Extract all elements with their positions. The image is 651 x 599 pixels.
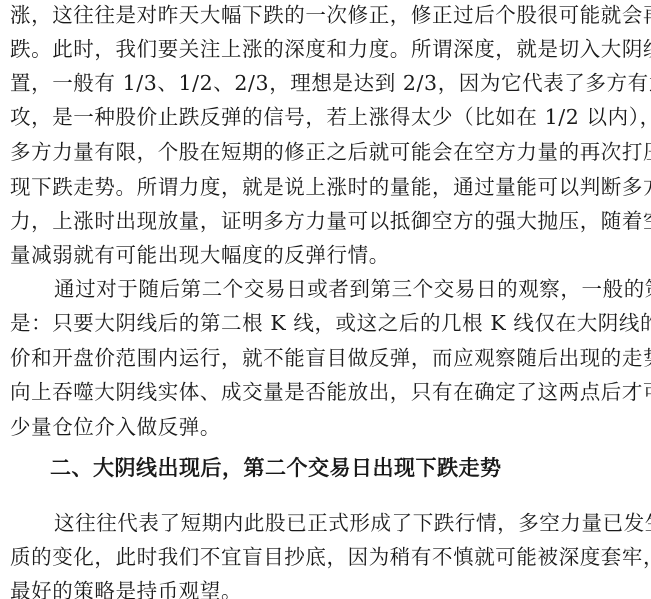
- section-heading: 二、大阴线出现后，第二个交易日出现下跌走势: [50, 453, 502, 483]
- text-line: 涨，这往往是对昨天大幅下跌的一次修正，修正过后个股很可能就会再次下: [10, 0, 640, 30]
- text-line: 向上吞噬大阴线实体、成交量是否能放出，只有在确定了这两点后才可以以: [10, 377, 640, 407]
- text-line: 通过对于随后第二个交易日或者到第三个交易日的观察，一般的策略: [54, 274, 640, 304]
- text-line: 攻，是一种股价止跌反弹的信号，若上涨得太少（比如在 1/2 以内），则证明: [10, 102, 640, 132]
- text-line: 量减弱就有可能出现大幅度的反弹行情。: [10, 240, 640, 270]
- text-line: 置，一般有 1/3、1/2、2/3，理想是达到 2/3，因为它代表了多方有意发动…: [10, 68, 640, 98]
- text-line: 力，上涨时出现放量，证明多方力量可以抵御空方的强大抛压，随着空方力: [10, 206, 640, 236]
- text-line: 价和开盘价范围内运行，就不能盲目做反弹，而应观察随后出现的走势能否: [10, 343, 640, 373]
- text-line: 质的变化，此时我们不宜盲目抄底，因为稍有不慎就可能被深度套牢，这时: [10, 542, 640, 572]
- text-line: 跌。此时，我们要关注上涨的深度和力度。所谓深度，就是切入大阴线的位: [10, 34, 640, 64]
- text-line: 少量仓位介入做反弹。: [10, 412, 640, 442]
- text-line: 这往往代表了短期内此股已正式形成了下跌行情，多空力量已发生了本: [54, 508, 640, 538]
- text-line: 多方力量有限，个股在短期的修正之后就可能会在空方力量的再次打压下出: [10, 137, 640, 167]
- text-line: 现下跌走势。所谓力度，就是说上涨时的量能，通过量能可以判断多方的实: [10, 172, 640, 202]
- text-line: 是：只要大阴线后的第二根 K 线，或这之后的几根 K 线仅在大阴线的收盘: [10, 308, 640, 338]
- text-line: 最好的策略是持币观望。: [10, 576, 640, 599]
